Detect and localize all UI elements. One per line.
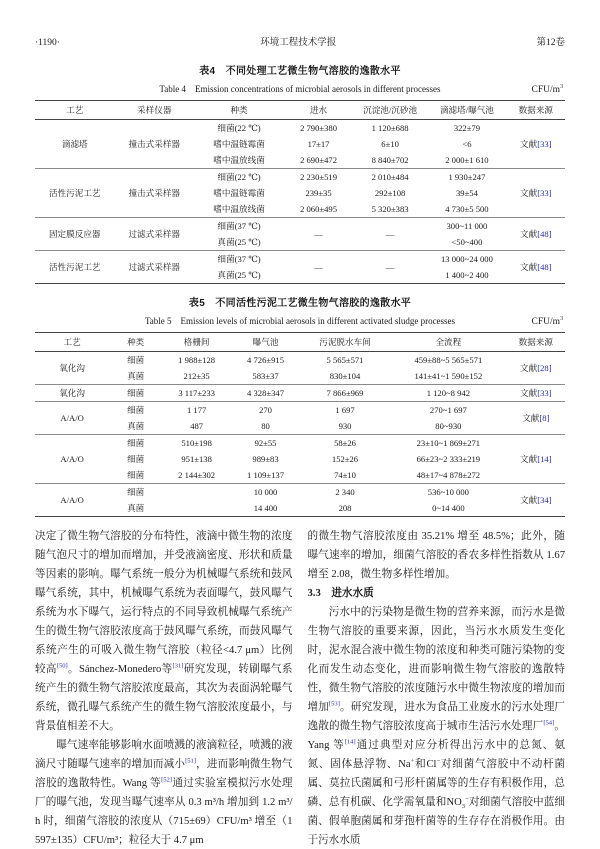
table-cell: 4 328±347	[231, 385, 300, 401]
table-cell: 细菌真菌	[109, 484, 162, 516]
citation-ref[interactable]: [51]	[185, 757, 196, 764]
table-cell: 300~11 000<50~400	[427, 218, 507, 250]
cell-value: —	[314, 259, 323, 275]
table-cell-reference: 文献[28]	[507, 352, 565, 384]
reference-label: 文献	[520, 388, 537, 398]
cell-value: A/A/O	[60, 410, 83, 426]
column-header: 种类	[194, 101, 284, 119]
text-run: CFU/m	[532, 85, 561, 95]
reference-link[interactable]: [8]	[539, 413, 549, 423]
table4-unit: CFU/m3	[532, 85, 563, 95]
table-header-row: 工艺采样仪器种类进水沉淀池/沉砂池滴滤塔/曝气池数据来源	[35, 101, 565, 120]
cell-value: 细菌	[127, 451, 144, 467]
reference: 文献[48]	[520, 226, 552, 242]
table5-section: 表5 不同活性污泥工艺微生物气溶胶的逸散水平 Table 5 Emission …	[35, 294, 565, 517]
table-header-row: 工艺种类格栅间曝气池污泥脱水车间全流程数据来源	[35, 333, 565, 352]
table-cell: 活性污泥工艺	[35, 169, 115, 217]
reference: 文献[48]	[520, 259, 552, 275]
table-cell-reference: 文献[48]	[507, 251, 565, 283]
table-cell: 氧化沟	[35, 352, 109, 384]
reference: 文献[33]	[520, 185, 552, 201]
column-header: 数据来源	[507, 101, 565, 119]
body-column-right: 的微生物气溶胶浓度由 35.21% 增至 48.5%；此外，随曝气速率的增加，细…	[308, 527, 566, 849]
table-cell: 细菌(22 ℃)嗜中温链霉菌嗜中温放线菌	[194, 120, 284, 168]
cell-value: 细菌(22 ℃)	[217, 169, 260, 185]
cell-value: 真菌(25 ℃)	[217, 267, 260, 283]
cell-value: 2 690±472	[300, 152, 337, 168]
table-cell: 1 120~8 942	[390, 385, 507, 401]
cell-value: 2 000±1 610	[445, 152, 488, 168]
reference-link[interactable]: [33]	[537, 188, 551, 198]
table4-title-zh: 表4 不同处理工艺微生物气溶胶的逸散水平	[35, 62, 565, 77]
table-cell: 322±79<62 000±1 610	[427, 120, 507, 168]
table-cell: 23±10~1 869±27166±23~2 333±21948±17~4 87…	[390, 435, 507, 483]
cell-value: 2 144±302	[178, 467, 215, 483]
table-cell: 过滤式采样器	[115, 251, 195, 283]
reference-label: 文献	[520, 495, 537, 505]
cell-value: 14 400	[254, 500, 278, 516]
table-cell: 1 120±6886±108 840±702	[353, 120, 427, 168]
cell-value: 细菌(22 ℃)	[217, 120, 260, 136]
cell-value: 459±88~5 565±571	[414, 352, 482, 368]
cell-value: 13 000~24 000	[441, 251, 493, 267]
table-cell-reference: 文献[14]	[507, 435, 565, 483]
table-cell: 细菌真菌	[109, 352, 162, 384]
text-run: 的微生物气溶胶浓度由 35.21% 增至 48.5%；此外，随曝气速率的增加，细…	[308, 531, 566, 580]
reference: 文献[33]	[520, 385, 552, 401]
table-cell: 5 565±571830±104	[300, 352, 390, 384]
cell-value: 66±23~2 333±219	[417, 451, 481, 467]
cell-value: 氧化沟	[59, 385, 85, 401]
cell-value: 17±17	[308, 136, 330, 152]
table4-grid: 工艺采样仪器种类进水沉淀池/沉砂池滴滤塔/曝气池数据来源滴滤塔撞击式采样器细菌(…	[35, 100, 565, 284]
cell-value: 322±79	[454, 120, 480, 136]
citation-ref[interactable]: [52]	[161, 776, 172, 783]
text-run: CFU/m	[532, 317, 561, 327]
text-run: 决定了微生物气溶胶的分布特性，液滴中微生物的浓度随气泡尺寸的增加而增加，并受液滴…	[35, 531, 293, 675]
reference: 文献[28]	[520, 360, 552, 376]
cell-value: 1 120~8 942	[427, 385, 470, 401]
text-run: 3	[462, 803, 465, 810]
table-cell: 固定膜反应器	[35, 218, 115, 250]
cell-value: 撞击式采样器	[128, 136, 180, 152]
table-cell-reference: 文献[34]	[507, 484, 565, 516]
table-cell: 撞击式采样器	[115, 169, 195, 217]
table4-title-en: Table 4 Emission concentrations of micro…	[159, 84, 440, 94]
cell-value: 2 790±380	[300, 120, 337, 136]
table-cell: 细菌(37 ℃)真菌(25 ℃)	[194, 218, 284, 250]
cell-value: 滴滤塔	[62, 136, 88, 152]
cell-value: 58±26	[334, 435, 356, 451]
table-cell: —	[353, 251, 427, 283]
cell-value: 80~930	[435, 418, 461, 434]
table-cell: A/A/O	[35, 402, 109, 434]
cell-value: <6	[462, 136, 471, 152]
table-cell: 氧化沟	[35, 385, 109, 401]
column-header: 工艺	[35, 333, 109, 351]
journal-page: ·1190· 环境工程技术学报 第12卷 表4 不同处理工艺微生物气溶胶的逸散水…	[0, 0, 600, 849]
reference: 文献[34]	[520, 492, 552, 508]
table-cell: 536~10 0000~14 400	[390, 484, 507, 516]
column-header: 污泥脱水车间	[300, 333, 390, 351]
paragraph: 污水中的污染物是微生物的营养来源，而污水是微生物气溶胶的重要来源，因此，当污水水…	[308, 603, 566, 849]
text-run: 3	[560, 84, 563, 90]
citation-ref[interactable]: [31]	[173, 662, 184, 669]
cell-value: 1 177	[187, 402, 206, 418]
table5-grid: 工艺种类格栅间曝气池污泥脱水车间全流程数据来源氧化沟细菌真菌1 988±1282…	[35, 332, 565, 517]
column-header: 进水	[284, 101, 353, 119]
reference-link[interactable]: [28]	[537, 363, 551, 373]
reference-label: 文献	[520, 229, 537, 239]
table-cell: 92±55989±831 109±137	[231, 435, 300, 483]
table-cell: 细菌(37 ℃)真菌(25 ℃)	[194, 251, 284, 283]
cell-value: 细菌	[127, 467, 144, 483]
cell-value: 氧化沟	[59, 360, 85, 376]
cell-value: 951±138	[181, 451, 212, 467]
table-cell: —	[284, 251, 353, 283]
citation-ref[interactable]: [54]	[543, 719, 554, 726]
table-cell: 滴滤塔	[35, 120, 115, 168]
section-heading: 3.3 进水水质	[308, 584, 566, 603]
cell-value: 1 988±128	[178, 352, 215, 368]
cell-value: 活性污泥工艺	[49, 185, 101, 201]
table-row-group: A/A/O细菌真菌10 00014 4002 340208536~10 0000…	[35, 483, 565, 516]
reference-label: 文献	[522, 413, 539, 423]
cell-value: 930	[339, 418, 352, 434]
cell-value: —	[386, 226, 395, 242]
reference-label: 文献	[520, 262, 537, 272]
paragraph: 曝气速率能够影响水面喷溅的液滴粒径，喷溅的液滴尺寸随曝气速率的增加而减小[51]…	[35, 736, 293, 849]
reference-link[interactable]: [48]	[537, 229, 551, 239]
cell-value: A/A/O	[60, 451, 83, 467]
column-header: 沉淀池/沉砂池	[353, 101, 427, 119]
reference: 文献[8]	[522, 410, 549, 426]
cell-value: 5 565±571	[327, 352, 364, 368]
cell-value: —	[314, 226, 323, 242]
cell-value: 真菌	[127, 368, 144, 384]
cell-value: 0~14 400	[432, 500, 465, 516]
table5-title-en: Table 5 Emission levels of microbial aer…	[145, 316, 455, 326]
reference-link[interactable]: [48]	[537, 262, 551, 272]
column-header: 曝气池	[231, 333, 300, 351]
cell-value: 80	[261, 418, 270, 434]
cell-value: 嗜中温链霉菌	[213, 136, 265, 152]
cell-value: 细菌(37 ℃)	[217, 251, 260, 267]
table-cell: 2 010±484292±1085 320±383	[353, 169, 427, 217]
cell-value: 真菌	[127, 418, 144, 434]
cell-value: 撞击式采样器	[128, 185, 180, 201]
column-header: 种类	[109, 333, 162, 351]
cell-value: 6±10	[381, 136, 399, 152]
cell-value: 39±54	[456, 185, 478, 201]
column-header: 采样仪器	[115, 101, 195, 119]
reference-label: 文献	[520, 363, 537, 373]
table-cell-reference: 文献[8]	[507, 402, 565, 434]
body-text: 决定了微生物气溶胶的分布特性，液滴中微生物的浓度随气泡尺寸的增加而增加，并受液滴…	[35, 527, 565, 849]
table-cell: 58±26152±2674±10	[300, 435, 390, 483]
reference-link[interactable]: [33]	[537, 139, 551, 149]
cell-value: 1 400~2 400	[445, 267, 488, 283]
cell-value: 2 230±519	[300, 169, 337, 185]
cell-value: 2 340	[335, 484, 354, 500]
cell-value: 23±10~1 869±271	[417, 435, 481, 451]
table-cell: 过滤式采样器	[115, 218, 195, 250]
table-row-group: 固定膜反应器过滤式采样器细菌(37 ℃)真菌(25 ℃)——300~11 000…	[35, 217, 565, 250]
cell-value: 270	[259, 402, 272, 418]
reference-label: 文献	[520, 454, 537, 464]
cell-value: 510±198	[181, 435, 212, 451]
cell-value: 74±10	[334, 467, 356, 483]
table-cell: 1 697930	[300, 402, 390, 434]
cell-value: 4 726±915	[247, 352, 284, 368]
table-cell: 270~1 69780~930	[390, 402, 507, 434]
cell-value: 嗜中温放线菌	[213, 152, 265, 168]
table-cell: 10 00014 400	[231, 484, 300, 516]
table5-title-zh: 表5 不同活性污泥工艺微生物气溶胶的逸散水平	[35, 294, 565, 309]
cell-value: 208	[339, 500, 352, 516]
table-row-group: A/A/O细菌真菌1 177487270801 697930270~1 6978…	[35, 401, 565, 434]
cell-value: 152±26	[332, 451, 358, 467]
cell-value: 细菌	[127, 484, 144, 500]
cell-value: 细菌(37 ℃)	[217, 218, 260, 234]
reference: 文献[33]	[520, 136, 552, 152]
table-cell: 1 988±128212±35	[162, 352, 231, 384]
table-row-group: 氧化沟细菌真菌1 988±128212±354 726±915583±375 5…	[35, 352, 565, 384]
text-run: 污水中的污染物是微生物的营养来源，而污水是微生物气溶胶的重要来源，因此，当污水水…	[308, 607, 566, 713]
cell-value: 1 697	[335, 402, 354, 418]
volume-label: 第12卷	[536, 34, 565, 48]
cell-value: 2 010±484	[372, 169, 409, 185]
table-cell: 2 230±519239±352 060±495	[284, 169, 353, 217]
cell-value: 活性污泥工艺	[49, 259, 101, 275]
cell-value: 7 866±969	[327, 385, 364, 401]
cell-value: 嗜中温放线菌	[213, 201, 265, 217]
table-cell: A/A/O	[35, 435, 109, 483]
table4-title-en-row: Table 4 Emission concentrations of micro…	[35, 82, 565, 95]
reference: 文献[14]	[520, 451, 552, 467]
table-cell: 细菌	[109, 385, 162, 401]
cell-value: 1 120±688	[372, 120, 409, 136]
table-cell-reference: 文献[33]	[507, 385, 565, 401]
table5-unit: CFU/m3	[532, 317, 563, 327]
table-cell-reference: 文献[33]	[507, 169, 565, 217]
table-cell-reference: 文献[48]	[507, 218, 565, 250]
cell-value: 过滤式采样器	[128, 226, 180, 242]
table-row-group: 活性污泥工艺撞击式采样器细菌(22 ℃)嗜中温链霉菌嗜中温放线菌2 230±51…	[35, 168, 565, 217]
table-cell: 7 866±969	[300, 385, 390, 401]
citation-ref[interactable]: [50]	[57, 662, 68, 669]
cell-value: 3 117±233	[178, 385, 215, 401]
table-cell: 撞击式采样器	[115, 120, 195, 168]
cell-value: 真菌(25 ℃)	[217, 234, 260, 250]
reference-label: 文献	[520, 188, 537, 198]
table-cell: —	[353, 218, 427, 250]
table-cell: 细菌真菌	[109, 402, 162, 434]
cell-value: 292±108	[375, 185, 406, 201]
cell-value: 583±37	[252, 368, 278, 384]
column-header: 数据来源	[507, 333, 565, 351]
reference-link[interactable]: [34]	[537, 495, 551, 505]
cell-value: —	[386, 259, 395, 275]
table-cell: 510±198951±1382 144±302	[162, 435, 231, 483]
table-row-group: 滴滤塔撞击式采样器细菌(22 ℃)嗜中温链霉菌嗜中温放线菌2 790±38017…	[35, 120, 565, 168]
paragraph: 决定了微生物气溶胶的分布特性，液滴中微生物的浓度随气泡尺寸的增加而增加，并受液滴…	[35, 527, 293, 736]
column-header: 工艺	[35, 101, 115, 119]
cell-value: 989±83	[252, 451, 278, 467]
running-head: ·1190· 环境工程技术学报 第12卷	[35, 34, 565, 48]
cell-value: 1 109±137	[247, 467, 284, 483]
reference-link[interactable]: [14]	[537, 454, 551, 464]
cell-value: 92±55	[255, 435, 277, 451]
cell-value: 212±35	[184, 368, 210, 384]
cell-value: 487	[190, 418, 203, 434]
table-cell: 细菌(22 ℃)嗜中温链霉菌嗜中温放线菌	[194, 169, 284, 217]
cell-value: 细菌	[127, 385, 144, 401]
table-cell: 2 340208	[300, 484, 390, 516]
table-row-group: A/A/O细菌细菌细菌510±198951±1382 144±30292±559…	[35, 434, 565, 483]
table-cell: 活性污泥工艺	[35, 251, 115, 283]
page-number: ·1190·	[35, 38, 60, 48]
cell-value: 过滤式采样器	[128, 259, 180, 275]
table-cell-reference: 文献[33]	[507, 120, 565, 168]
cell-value: 239±35	[305, 185, 331, 201]
table-cell: —	[284, 218, 353, 250]
table-cell: 细菌细菌细菌	[109, 435, 162, 483]
cell-value: 细菌	[127, 402, 144, 418]
table4-section: 表4 不同处理工艺微生物气溶胶的逸散水平 Table 4 Emission co…	[35, 62, 565, 284]
table-cell: 2 790±38017±172 690±472	[284, 120, 353, 168]
cell-value: 830±104	[330, 368, 361, 384]
column-header: 滴滤塔/曝气池	[427, 101, 507, 119]
journal-title: 环境工程技术学报	[260, 34, 336, 48]
text-run: 和Cl	[414, 759, 436, 770]
table-cell: 13 000~24 0001 400~2 400	[427, 251, 507, 283]
citation-ref[interactable]: [14]	[345, 738, 356, 745]
cell-value: 真菌	[127, 500, 144, 516]
cell-value: 5 320±383	[372, 201, 409, 217]
cell-value: 细菌	[127, 435, 144, 451]
table-row-group: 活性污泥工艺过滤式采样器细菌(37 ℃)真菌(25 ℃)——13 000~24 …	[35, 250, 565, 283]
cell-value: 536~10 000	[428, 484, 469, 500]
cell-value: 10 000	[254, 484, 278, 500]
text-run: 3	[560, 316, 563, 322]
cell-value: A/A/O	[60, 492, 83, 508]
cell-value: 48±17~4 878±272	[417, 467, 481, 483]
table-cell: 459±88~5 565±571141±41~1 590±152	[390, 352, 507, 384]
cell-value: 4 730±5 500	[445, 201, 488, 217]
cell-value: 8 840±702	[372, 152, 409, 168]
cell-value: 1 930±247	[448, 169, 485, 185]
cell-value: 嗜中温链霉菌	[213, 185, 265, 201]
table5-title-en-row: Table 5 Emission levels of microbial aer…	[35, 314, 565, 327]
reference-label: 文献	[520, 139, 537, 149]
cell-value: 2 060±495	[300, 201, 337, 217]
cell-value: 细菌	[127, 352, 144, 368]
cell-value: <50~400	[451, 234, 482, 250]
table-cell: 1 930±24739±544 730±5 500	[427, 169, 507, 217]
text-run: 。研究发现，进水为食品工业废水的污水处理厂逸散的微生物气溶胶浓度高于城市生活污水…	[308, 702, 566, 732]
text-run: 。Sánchez-Monedero等	[68, 664, 173, 675]
cell-value: 300~11 000	[446, 218, 487, 234]
table-cell: 4 726±915583±37	[231, 352, 300, 384]
body-column-left: 决定了微生物气溶胶的分布特性，液滴中微生物的浓度随气泡尺寸的增加而增加，并受液滴…	[35, 527, 293, 849]
cell-value: 固定膜反应器	[49, 226, 101, 242]
cell-value: 4 328±347	[247, 385, 284, 401]
column-header: 格栅间	[162, 333, 231, 351]
cell-value: 270~1 697	[430, 402, 467, 418]
cell-value: 141±41~1 590±152	[414, 368, 482, 384]
table-cell	[162, 484, 231, 516]
table-cell: A/A/O	[35, 484, 109, 516]
citation-ref[interactable]: [53]	[329, 700, 340, 707]
table-cell: 1 177487	[162, 402, 231, 434]
table-row-group: 氧化沟细菌3 117±2334 328±3477 866±9691 120~8 …	[35, 384, 565, 401]
paragraph: 的微生物气溶胶浓度由 35.21% 增至 48.5%；此外，随曝气速率的增加，细…	[308, 527, 566, 584]
table-cell: 27080	[231, 402, 300, 434]
table-cell: 3 117±233	[162, 385, 231, 401]
column-header: 全流程	[390, 333, 507, 351]
reference-link[interactable]: [33]	[537, 388, 551, 398]
